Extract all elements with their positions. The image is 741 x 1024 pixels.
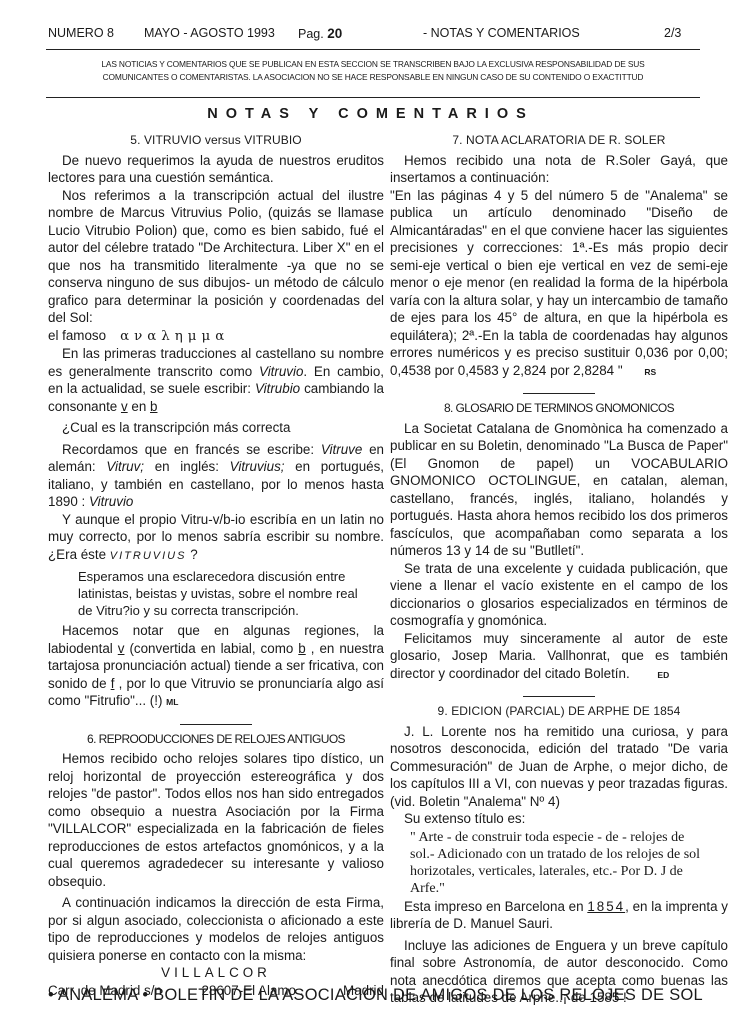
page-header: NUMERO 8 MAYO - AGOSTO 1993 Pag. 20 - NO… (48, 26, 688, 44)
section-5-quote: Esperamos una esclarecedora discusión en… (78, 568, 366, 619)
famoso-label: el famoso (48, 328, 106, 343)
section-5-question: ¿Cual es la transcripción más correcta (48, 419, 384, 437)
header-rule (46, 49, 700, 50)
section-8-paragraph-2: Se trata de una excelente y cuidada publ… (390, 560, 728, 630)
section-5-paragraph-3: En las primeras traducciones al castella… (48, 345, 384, 415)
text: "En las páginas 4 y 5 del número 5 de "A… (390, 188, 728, 378)
section-name: - NOTAS Y COMENTARIOS (423, 26, 580, 40)
document-page: NUMERO 8 MAYO - AGOSTO 1993 Pag. 20 - NO… (0, 0, 741, 1024)
section-9-title: 9. EDICION (PARCIAL) DE ARPHE DE 1854 (390, 703, 728, 721)
section-divider (523, 696, 595, 697)
underlined-year: 1854 (587, 899, 625, 914)
section-divider (180, 724, 252, 725)
section-5-paragraph-1: De nuevo requerimos la ayuda de nuestros… (48, 152, 384, 187)
section-6-title: 6. REPROODUCCIONES DE RELOJES ANTIGUOS (48, 731, 384, 749)
underlined-letter: v (121, 399, 128, 414)
underlined-letter: b (298, 641, 305, 656)
section-9-paragraph-2: Su extenso título es: (390, 810, 728, 828)
section-5-paragraph-6: Hacemos notar que en algunas regiones, l… (48, 622, 384, 712)
italic-text: Vitruv; (106, 459, 144, 474)
section-divider (523, 393, 595, 394)
text: Felicitamos muy sinceramente al autor de… (390, 631, 728, 681)
author-signature: ML (166, 697, 178, 707)
greek-analemma: αναλημμα (120, 329, 229, 344)
disclaimer-rule (46, 97, 700, 98)
section-6-paragraph-1: Hemos recibido ocho relojes solares tipo… (48, 750, 384, 890)
book-title-quote: " Arte - de construir toda especie - de … (410, 829, 710, 897)
page-label: Pag. (298, 27, 324, 41)
section-6-paragraph-2: A continuación indicamos la dirección de… (48, 894, 384, 964)
text: ? (186, 547, 197, 562)
issue-date: MAYO - AGOSTO 1993 (144, 26, 275, 40)
section-9-paragraph-3: Esta impreso en Barcelona en 1854, en la… (390, 898, 728, 933)
text: Recordamos que en francés se escribe: (62, 442, 321, 457)
text: Esta impreso en Barcelona en (404, 899, 587, 914)
section-8-paragraph-1: La Societat Catalana de Gnomònica ha com… (390, 420, 728, 560)
section-5-paragraph-5: Y aunque el propio Vitru-v/b-io escribía… (48, 511, 384, 566)
italic-text: Vitruvio (259, 364, 303, 379)
page-footer: • ANALEMA • BOLETIN DE LA ASOCIACION DE … (48, 986, 708, 1005)
small-caps-text: VITRUVIUS (110, 550, 187, 562)
underlined-letter: b (150, 399, 157, 414)
disclaimer-line-1: LAS NOTICIAS Y COMENTARIOS QUE SE PUBLIC… (46, 58, 700, 71)
section-5-paragraph-4: Recordamos que en francés se escribe: Vi… (48, 441, 384, 511)
sheet-number: 2/3 (664, 26, 681, 40)
text: en (128, 399, 150, 414)
right-column: 7. NOTA ACLARATORIA DE R. SOLER Hemos re… (390, 132, 728, 1007)
section-7-paragraph-2: "En las páginas 4 y 5 del número 5 de "A… (390, 187, 728, 382)
section-7-paragraph-1: Hemos recibido una nota de R.Soler Gayá,… (390, 152, 728, 187)
section-8-paragraph-3: Felicitamos muy sinceramente al autor de… (390, 630, 728, 685)
italic-text: Vitruve (321, 442, 362, 457)
section-7-title: 7. NOTA ACLARATORIA DE R. SOLER (390, 132, 728, 150)
italic-text: Vitruvio (89, 494, 133, 509)
page-title: NOTAS Y COMENTARIOS (0, 106, 741, 122)
text: en inglés: (144, 459, 230, 474)
text: (convertida en labial, como (124, 641, 298, 656)
disclaimer-line-2: COMUNICANTES O COMENTARISTAS. LA ASOCIAC… (46, 71, 700, 84)
author-signature: ED (657, 670, 669, 680)
author-signature: RS (644, 367, 656, 377)
company-name: VILLALCOR (48, 964, 384, 982)
section-5-title: 5. VITRUVIO versus VITRUBIO (48, 132, 384, 150)
italic-text: Vitruvius; (230, 459, 285, 474)
page-number-label: Pag. 20 (298, 26, 342, 41)
section-5-paragraph-2: Nos referimos a la transcripción actual … (48, 187, 384, 327)
text: Y aunque el propio Vitru-v/b-io escribía… (48, 512, 384, 562)
section-9-paragraph-1: J. L. Lorente nos ha remitido una curios… (390, 723, 728, 811)
section-5-analemma-line: el famosoαναλημμα (48, 327, 384, 346)
disclaimer: LAS NOTICIAS Y COMENTARIOS QUE SE PUBLIC… (46, 58, 700, 83)
italic-text: Vitrubio (255, 381, 300, 396)
section-8-title: 8. GLOSARIO DE TERMINOS GNOMONICOS (390, 400, 728, 418)
left-column: 5. VITRUVIO versus VITRUBIO De nuevo req… (48, 132, 384, 999)
page-number: 20 (327, 26, 342, 41)
issue-number: NUMERO 8 (48, 26, 114, 40)
